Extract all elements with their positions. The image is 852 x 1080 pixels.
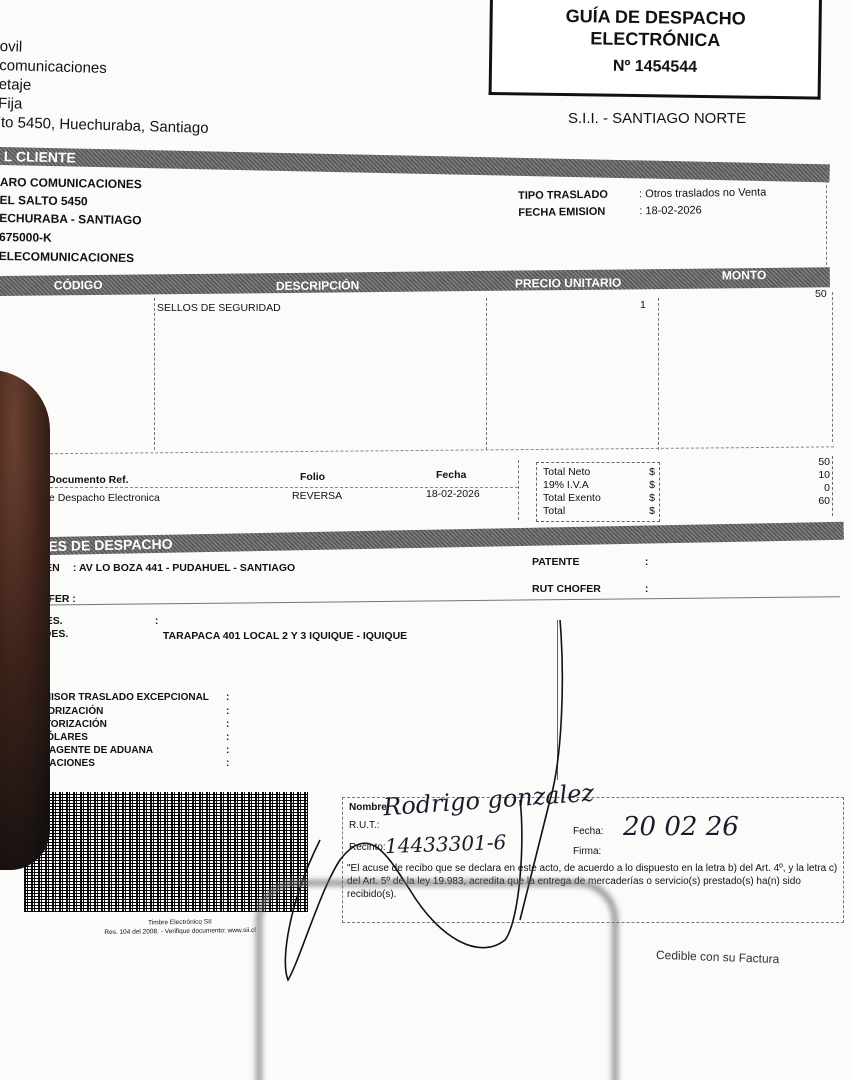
total-neto-value: 50 — [660, 456, 832, 469]
table-bottom-border — [0, 446, 834, 454]
total-row: 19% I.V.A$ — [543, 479, 655, 492]
currency-symbol: $ — [649, 466, 655, 479]
col-codigo: CÓDIGO — [54, 278, 103, 293]
total-exento-value: 0 — [660, 482, 832, 495]
col-divider — [832, 292, 833, 442]
table-row: SELLOS DE SEGURIDAD 1 50 — [0, 298, 834, 314]
extra-field-value: : — [226, 719, 229, 730]
fecha-emision-value: : 18-02-2026 — [639, 204, 702, 217]
ref-folio: REVERSA — [292, 490, 342, 502]
transfer-info: TIPO TRASLADO : Otros traslados no Venta… — [518, 187, 767, 219]
stamp-line-2: Res. 104 del 2008. - Verifique documento… — [80, 926, 280, 938]
currency-symbol: $ — [649, 505, 655, 518]
client-section-title: L CLIENTE — [4, 148, 76, 166]
document-title-box: GUÍA DE DESPACHO ELECTRÓNICA Nº 1454544 — [489, 0, 822, 100]
origen-value: : AV LO BOZA 441 - PUDAHUEL - SANTIAGO — [73, 562, 295, 574]
table-row: Guia de Despacho Electronica REVERSA 18-… — [0, 490, 518, 504]
client-business: ELECOMUNICACIONES — [0, 249, 141, 269]
references-block: Documento Ref. Folio Fecha Guia de Despa… — [0, 460, 520, 522]
cedible-label: Cedible con su Factura — [656, 948, 780, 966]
currency-symbol: $ — [649, 479, 655, 492]
document-number: Nº 1454544 — [492, 56, 818, 79]
col-divider — [658, 298, 659, 450]
total-neto-label: Total Neto — [543, 466, 590, 478]
item-descripcion: SELLOS DE SEGURIDAD — [157, 302, 281, 314]
ref-fecha: 18-02-2026 — [426, 488, 480, 500]
total-label: Total — [543, 505, 565, 517]
totals-box: Total Neto$ 19% I.V.A$ Total Exento$ Tot… — [536, 462, 660, 522]
document-title: GUÍA DE DESPACHO ELECTRÓNICA — [492, 4, 819, 53]
patente-label: PATENTE — [532, 556, 642, 568]
col-divider — [486, 298, 487, 450]
totals-labels: Total Neto$ 19% I.V.A$ Total Exento$ Tot… — [543, 466, 655, 518]
handwritten-date: 20 02 26 — [623, 812, 739, 842]
patente-value: : — [645, 556, 649, 568]
client-rut: 675000-K — [0, 230, 141, 251]
fecha-emision-label: FECHA EMISION — [518, 205, 636, 219]
extra-field-value: : — [226, 758, 229, 769]
extra-field-value: : — [226, 706, 229, 717]
client-commune: ECHURABA - SANTIAGO — [0, 211, 142, 232]
stamp-shadow — [256, 880, 618, 1080]
client-block: ARO COMUNICACIONES EL SALTO 5450 ECHURAB… — [0, 175, 142, 269]
rut-chofer-value: : — [645, 583, 649, 595]
currency-symbol: $ — [649, 492, 655, 505]
rut-chofer-label: RUT CHOFER — [532, 583, 642, 595]
stamp-caption: Timbre Electrónico SII Res. 104 del 2008… — [80, 917, 280, 938]
client-box-border — [826, 180, 827, 270]
item-monto: 50 — [815, 288, 827, 300]
total-row: Total$ — [543, 505, 655, 518]
dispatch-section-bar: TES DE DESPACHO — [0, 522, 844, 556]
thumb-occlusion — [0, 370, 50, 870]
total-exento-label: Total Exento — [543, 492, 601, 504]
tipo-traslado-value: : Otros traslados no Venta — [639, 187, 766, 201]
contacto-value: : — [155, 615, 159, 627]
iva-value: 10 — [660, 469, 832, 482]
total-row: Total Neto$ — [543, 466, 655, 479]
ref-header-fecha: Fecha — [436, 469, 466, 481]
col-precio-unitario: PRECIO UNITARIO — [515, 275, 622, 290]
col-monto: MONTO — [722, 268, 767, 282]
total-value: 60 — [660, 495, 832, 508]
patente-row: PATENTE : — [532, 556, 648, 568]
items-table-header: CÓDIGO DESCRIPCIÓN PRECIO UNITARIO MONTO — [0, 267, 830, 296]
ref-border-right — [518, 460, 519, 520]
rut-chofer-row: RUT CHOFER : — [532, 583, 648, 595]
issuer-block: ovil comunicaciones etaje Fija lto 5450,… — [0, 38, 211, 139]
sii-office: S.I.I. - SANTIAGO NORTE — [568, 110, 746, 127]
totals-values: 50 10 0 60 — [660, 456, 833, 516]
item-precio-unitario: 1 — [640, 299, 646, 311]
items-table-body: SELLOS DE SEGURIDAD 1 50 — [0, 298, 834, 452]
tipo-traslado-label: TIPO TRASLADO — [518, 188, 636, 202]
client-address: EL SALTO 5450 — [0, 193, 142, 213]
ref-header-documento: Documento Ref. — [48, 474, 129, 486]
title-line-2: ELECTRÓNICA — [492, 26, 818, 53]
client-name: ARO COMUNICACIONES — [0, 175, 142, 195]
extra-field-value: : — [226, 745, 229, 756]
extra-field-value: : — [226, 692, 229, 703]
ref-header-folio: Folio — [300, 471, 325, 483]
col-descripcion: DESCRIPCIÓN — [276, 278, 359, 293]
col-divider — [154, 298, 155, 450]
total-row: Total Exento$ — [543, 492, 655, 505]
iva-label: 19% I.V.A — [543, 479, 589, 491]
extra-field-value: : — [226, 732, 229, 743]
